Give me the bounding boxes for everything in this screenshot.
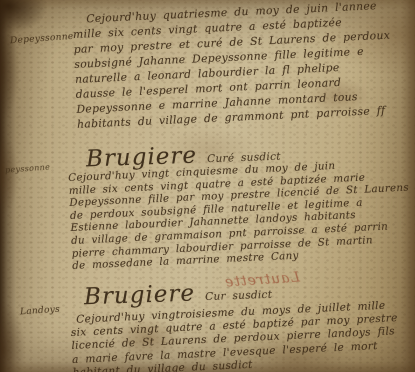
curate-title: Cur susdict	[205, 289, 273, 303]
manuscript-page: Depeyssonne Cejourd'huy quatriesme du mo…	[0, 0, 415, 372]
margin-note-peyssonne: peyssonne	[5, 162, 51, 174]
margin-note-landoys: Landoys	[20, 305, 61, 318]
register-entry-2: Cejourd'huy vingt cinquiesme du moy de j…	[68, 156, 415, 272]
margin-note-depeyssonne: Depeyssonne	[10, 32, 74, 46]
register-entry-3: Cejourd'huy vingtroisiesme du moys de ju…	[70, 298, 415, 372]
curate-name: Brugiere	[84, 280, 196, 310]
register-entry-1: Cejourd'huy quatriesme du moy de juin l'…	[72, 0, 415, 132]
